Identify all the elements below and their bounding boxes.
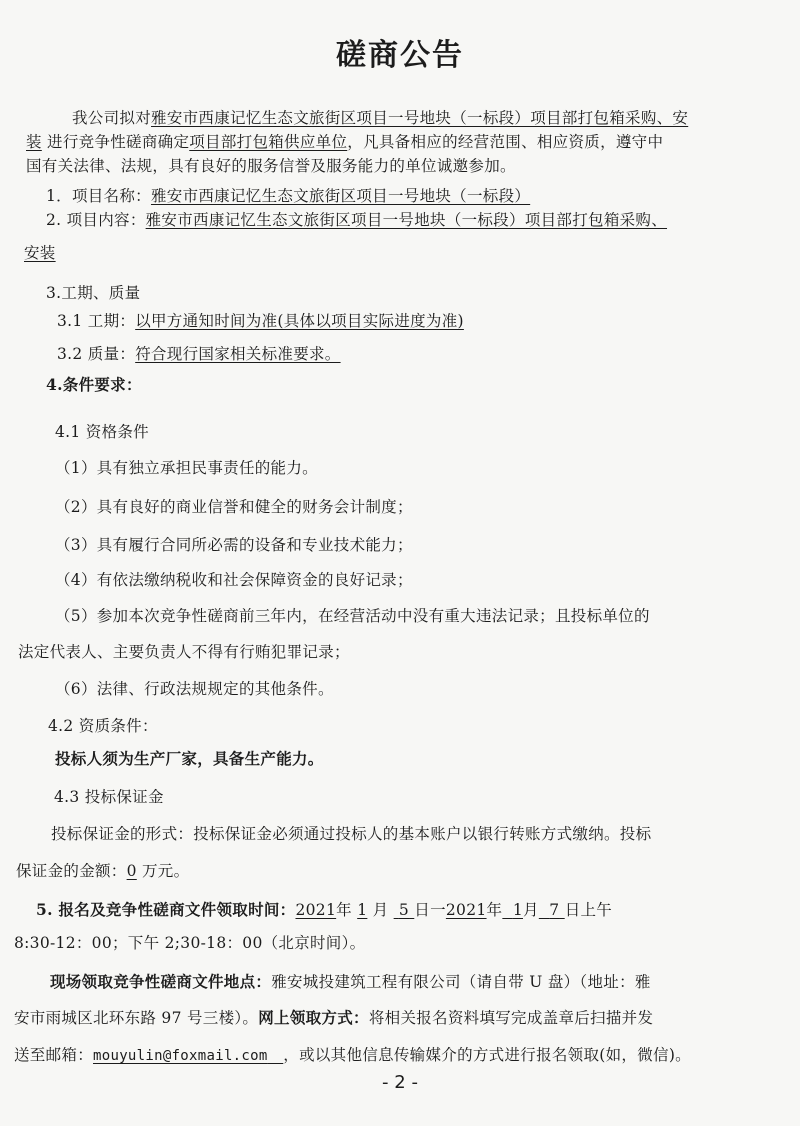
item-label: 2. 项目内容： (46, 211, 146, 229)
online-text: 将相关报名资料填写完成盖章后扫描并发 (369, 1009, 653, 1027)
deposit-form-line: 投标保证金的形式：投标保证金必须通过投标人的基本账户以银行转账方式缴纳。投标 (51, 824, 651, 844)
deposit-amount-line: 保证金的金额：0 万元。 (16, 861, 189, 881)
item-4-3-heading: 4.3 投标保证金 (54, 787, 164, 807)
email-link[interactable]: mouyulin@foxmail.com (93, 1048, 268, 1064)
item-3-2-quality: 3.2 质量：符合现行国家相关标准要求。 (57, 344, 341, 364)
onsite-text: 雅安城投建筑工程有限公司（请自带 U 盘）（地址：雅 (271, 973, 650, 991)
item-1-project-name: 1．项目名称：雅安市西康记忆生态文旅街区项目一号地块（一标段） (46, 186, 530, 206)
item-4-2-text: 投标人须为生产厂家，具备生产能力。 (55, 749, 324, 769)
item-4-1-heading: 4.1 资格条件 (55, 422, 149, 442)
condition-5: （5）参加本次竞争性磋商前三年内，在经营活动中没有重大违法记录；且投标单位的 (55, 606, 650, 626)
email-label: 送至邮箱： (14, 1046, 93, 1064)
condition-2: （2）具有良好的商业信誉和健全的财务会计制度； (55, 497, 413, 517)
item-value: 以甲方通知时间为准(具体以项目实际进度为准) (135, 312, 464, 330)
date-separator: 日一 (414, 901, 446, 919)
item-4-heading: 4.条件要求： (46, 375, 142, 395)
project-name-underlined: 装 (26, 133, 42, 151)
end-month: 1 (513, 901, 523, 919)
item-3-1-period: 3.1 工期：以甲方通知时间为准(具体以项目实际进度为准) (57, 311, 464, 331)
condition-5-cont: 法定代表人、主要负责人不得有行贿犯罪记录； (18, 642, 350, 662)
intro-line-3: 国有关法律、法规，具有良好的服务信誉及服务能力的单位诚邀参加。 (26, 156, 516, 176)
intro-text: 进行竞争性磋商确定 (42, 133, 189, 151)
end-year: 2021 (446, 901, 487, 919)
item-value: 符合现行国家相关标准要求。 (135, 345, 340, 363)
intro-text: 我公司拟对 (72, 109, 151, 127)
registration-hours: 8:30-12：00；下午 2;30-18：00（北京时间）。 (14, 933, 365, 953)
onsite-label: 现场领取竞争性磋商文件地点： (50, 972, 271, 991)
deposit-label: 保证金的金额： (16, 862, 127, 880)
start-year: 2021 (295, 901, 336, 919)
item-label: 1．项目名称： (46, 187, 151, 205)
condition-3: （3）具有履行合同所必需的设备和专业技术能力； (55, 535, 413, 555)
unit-month: 月 (373, 901, 389, 919)
item-2-value-cont: 安装 (24, 243, 56, 263)
unit-year: 年 (336, 901, 352, 919)
intro-line-2: 装 进行竞争性磋商确定项目部打包箱供应单位，凡具备相应的经营范围、相应资质，遵守… (26, 132, 663, 152)
end-day: 7 (549, 901, 559, 919)
item-value: 雅安市西康记忆生态文旅街区项目一号地块（一标段） (151, 187, 530, 205)
item-2-project-content: 2. 项目内容：雅安市西康记忆生态文旅街区项目一号地块（一标段）项目部打包箱采购… (46, 210, 667, 230)
onsite-address-line: 安市雨城区北环东路 97 号三楼）。网上领取方式：将相关报名资料填写完成盖章后扫… (14, 1008, 653, 1028)
intro-text: ，凡具备相应的经营范围、相应资质，遵守中 (347, 133, 663, 151)
start-month: 1 (357, 901, 367, 919)
unit-month: 月 (523, 901, 539, 919)
unit-day-am: 日上午 (565, 901, 612, 919)
item-label: 3.1 工期： (57, 312, 135, 330)
item-5-registration-time: 5. 报名及竞争性磋商文件领取时间：2021年 1 月 5 日一2021年 1月… (36, 900, 612, 920)
onsite-location-line: 现场领取竞争性磋商文件地点：雅安城投建筑工程有限公司（请自带 U 盘）（地址：雅 (50, 972, 651, 992)
item-4-2-heading: 4.2 资质条件： (48, 716, 158, 736)
condition-6: （6）法律、行政法规规定的其他条件。 (55, 679, 334, 699)
email-suffix: ，或以其他信息传输媒介的方式进行报名领取(如，微信)。 (283, 1046, 691, 1064)
document-page: 磋商公告 我公司拟对雅安市西康记忆生态文旅街区项目一号地块（一标段）项目部打包箱… (0, 0, 800, 1126)
project-name-underlined: 雅安市西康记忆生态文旅街区项目一号地块（一标段）项目部打包箱采购、安 (151, 109, 688, 127)
condition-1: （1）具有独立承担民事责任的能力。 (55, 458, 318, 478)
item-label: 5. 报名及竞争性磋商文件领取时间： (36, 900, 295, 919)
unit-year: 年 (487, 901, 503, 919)
item-3-heading: 3.工期、质量 (46, 283, 140, 303)
onsite-address: 安市雨城区北环东路 97 号三楼）。 (14, 1009, 258, 1027)
page-title: 磋商公告 (0, 36, 800, 76)
page-number: - 2 - (0, 1072, 800, 1093)
item-label: 3.2 质量： (57, 345, 135, 363)
deposit-amount: 0 (127, 862, 137, 880)
email-line: 送至邮箱：mouyulin@foxmail.com ，或以其他信息传输媒介的方式… (14, 1045, 691, 1066)
intro-line-1: 我公司拟对雅安市西康记忆生态文旅街区项目一号地块（一标段）项目部打包箱采购、安 (72, 108, 688, 128)
start-day: 5 (399, 901, 409, 919)
condition-4: （4）有依法缴纳税收和社会保障资金的良好记录； (55, 570, 413, 590)
item-value: 雅安市西康记忆生态文旅街区项目一号地块（一标段）项目部打包箱采购、 (146, 211, 667, 229)
deposit-unit: 万元。 (137, 862, 190, 880)
online-label: 网上领取方式： (258, 1008, 369, 1027)
supplier-target-underlined: 项目部打包箱供应单位 (189, 133, 347, 151)
